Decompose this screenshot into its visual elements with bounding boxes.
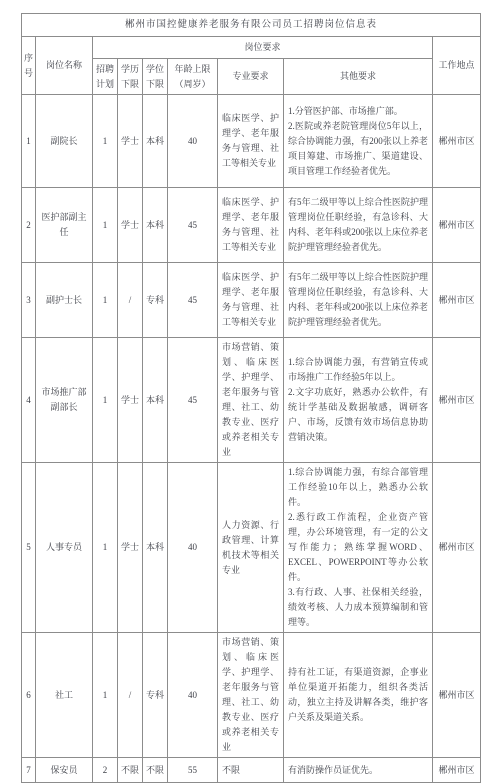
cell-other: 1.综合协调能力强，有综合部管理工作经验10年以上，熟悉办公软件。 2.悉行政工… [284,463,433,633]
cell-degree: 专科 [143,263,168,338]
title-row: 郴州市国控健康养老服务有限公司员工招聘岗位信息表 [22,14,481,37]
header-seq: 序 号 [22,37,36,95]
cell-seq: 6 [22,633,36,758]
cell-degree: 本科 [143,463,168,633]
table-row: 1 副院长 1 学士 本科 40 临床医学、护理学、老年服务与管理、社工等相关专… [22,95,481,188]
cell-seq: 5 [22,463,36,633]
cell-age: 45 [168,338,218,463]
cell-seq: 4 [22,338,36,463]
cell-other: 持有社工证，有渠道资源，企事业单位渠道开拓能力，组织各类活动，独立主持及讲解各类… [284,633,433,758]
cell-plan: 1 [93,463,118,633]
cell-plan: 1 [93,263,118,338]
cell-degree: 本科 [143,95,168,188]
table-title: 郴州市国控健康养老服务有限公司员工招聘岗位信息表 [22,14,481,37]
cell-position: 社工 [36,633,93,758]
cell-major: 人力资源、行政管理、计算机技术等相关专业 [218,463,284,633]
cell-other: 有5年二级甲等以上综合性医院护理管理岗位任职经验，有急诊科、大内科、老年科或20… [284,188,433,263]
cell-position: 市场推广部副部长 [36,338,93,463]
header-major: 专业要求 [218,59,284,95]
cell-location: 郴州市区 [433,95,481,188]
cell-edu: 学士 [118,188,143,263]
recruitment-table: 郴州市国控健康养老服务有限公司员工招聘岗位信息表 序 号 岗位名称 岗位要求 工… [21,13,481,783]
cell-age: 55 [168,758,218,783]
cell-other: 有消防操作员证优先。 [284,758,433,783]
cell-degree: 不限 [143,758,168,783]
header-edu-min: 学历 下限 [118,59,143,95]
cell-other: 1.分管医护部、市场推广部。 2.医院或养老院管理岗位5年以上，综合协调能力强，… [284,95,433,188]
cell-position: 保安员 [36,758,93,783]
cell-seq: 2 [22,188,36,263]
cell-position: 副院长 [36,95,93,188]
cell-position: 医护部副主任 [36,188,93,263]
cell-age: 40 [168,95,218,188]
cell-major: 临床医学、护理学、老年服务与管理、社工等相关专业 [218,263,284,338]
cell-plan: 1 [93,633,118,758]
header-age-max: 年龄上限 （周岁） [168,59,218,95]
table-row: 5 人事专员 1 学士 本科 40 人力资源、行政管理、计算机技术等相关专业 1… [22,463,481,633]
cell-major: 临床医学、护理学、老年服务与管理、社工等相关专业 [218,95,284,188]
cell-seq: 3 [22,263,36,338]
cell-seq: 7 [22,758,36,783]
header-row-1: 序 号 岗位名称 岗位要求 工作地点 [22,37,481,59]
header-degree-min: 学位 下限 [143,59,168,95]
table-row: 4 市场推广部副部长 1 学士 本科 45 市场营销、策划、临床医学、护理学、老… [22,338,481,463]
cell-plan: 1 [93,338,118,463]
cell-location: 郴州市区 [433,338,481,463]
cell-degree: 专科 [143,633,168,758]
cell-other: 1.综合协调能力强，有营销宣传或市场推广工作经验5年以上。 2.文字功底好，熟悉… [284,338,433,463]
table-row: 6 社工 1 / 专科 40 市场营销、策划、临床医学、护理学、老年服务与管理、… [22,633,481,758]
header-plan: 招聘 计划 [93,59,118,95]
cell-edu: 学士 [118,463,143,633]
recruitment-info-sheet: 郴州市国控健康养老服务有限公司员工招聘岗位信息表 序 号 岗位名称 岗位要求 工… [21,13,481,783]
cell-edu: 学士 [118,95,143,188]
cell-edu: / [118,633,143,758]
table-row: 7 保安员 2 不限 不限 55 不限 有消防操作员证优先。 郴州市区 [22,758,481,783]
table-row: 3 副护士长 1 / 专科 45 临床医学、护理学、老年服务与管理、社工等相关专… [22,263,481,338]
cell-major: 临床医学、护理学、老年服务与管理、社工等相关专业 [218,188,284,263]
cell-major: 市场营销、策划、临床医学、护理学、老年服务与管理、社工、幼教专业、医疗或养老相关… [218,633,284,758]
header-location: 工作地点 [433,37,481,95]
cell-edu: 学士 [118,338,143,463]
cell-edu: 不限 [118,758,143,783]
cell-location: 郴州市区 [433,633,481,758]
cell-location: 郴州市区 [433,463,481,633]
cell-plan: 1 [93,95,118,188]
cell-position: 副护士长 [36,263,93,338]
cell-age: 40 [168,463,218,633]
cell-plan: 2 [93,758,118,783]
cell-age: 45 [168,188,218,263]
cell-age: 45 [168,263,218,338]
cell-plan: 1 [93,188,118,263]
cell-degree: 本科 [143,338,168,463]
table-row: 2 医护部副主任 1 学士 本科 45 临床医学、护理学、老年服务与管理、社工等… [22,188,481,263]
cell-major: 不限 [218,758,284,783]
cell-location: 郴州市区 [433,188,481,263]
cell-age: 40 [168,633,218,758]
header-requirements-group: 岗位要求 [93,37,433,59]
cell-major: 市场营销、策划、临床医学、护理学、老年服务与管理、社工、幼教专业、医疗或养老相关… [218,338,284,463]
header-position: 岗位名称 [36,37,93,95]
header-other: 其他要求 [284,59,433,95]
cell-degree: 本科 [143,188,168,263]
cell-seq: 1 [22,95,36,188]
cell-position: 人事专员 [36,463,93,633]
cell-edu: / [118,263,143,338]
cell-location: 郴州市区 [433,758,481,783]
cell-other: 有5年二级甲等以上综合性医院护理管理岗位任职经验，有急诊科、大内科、老年科或20… [284,263,433,338]
cell-location: 郴州市区 [433,263,481,338]
